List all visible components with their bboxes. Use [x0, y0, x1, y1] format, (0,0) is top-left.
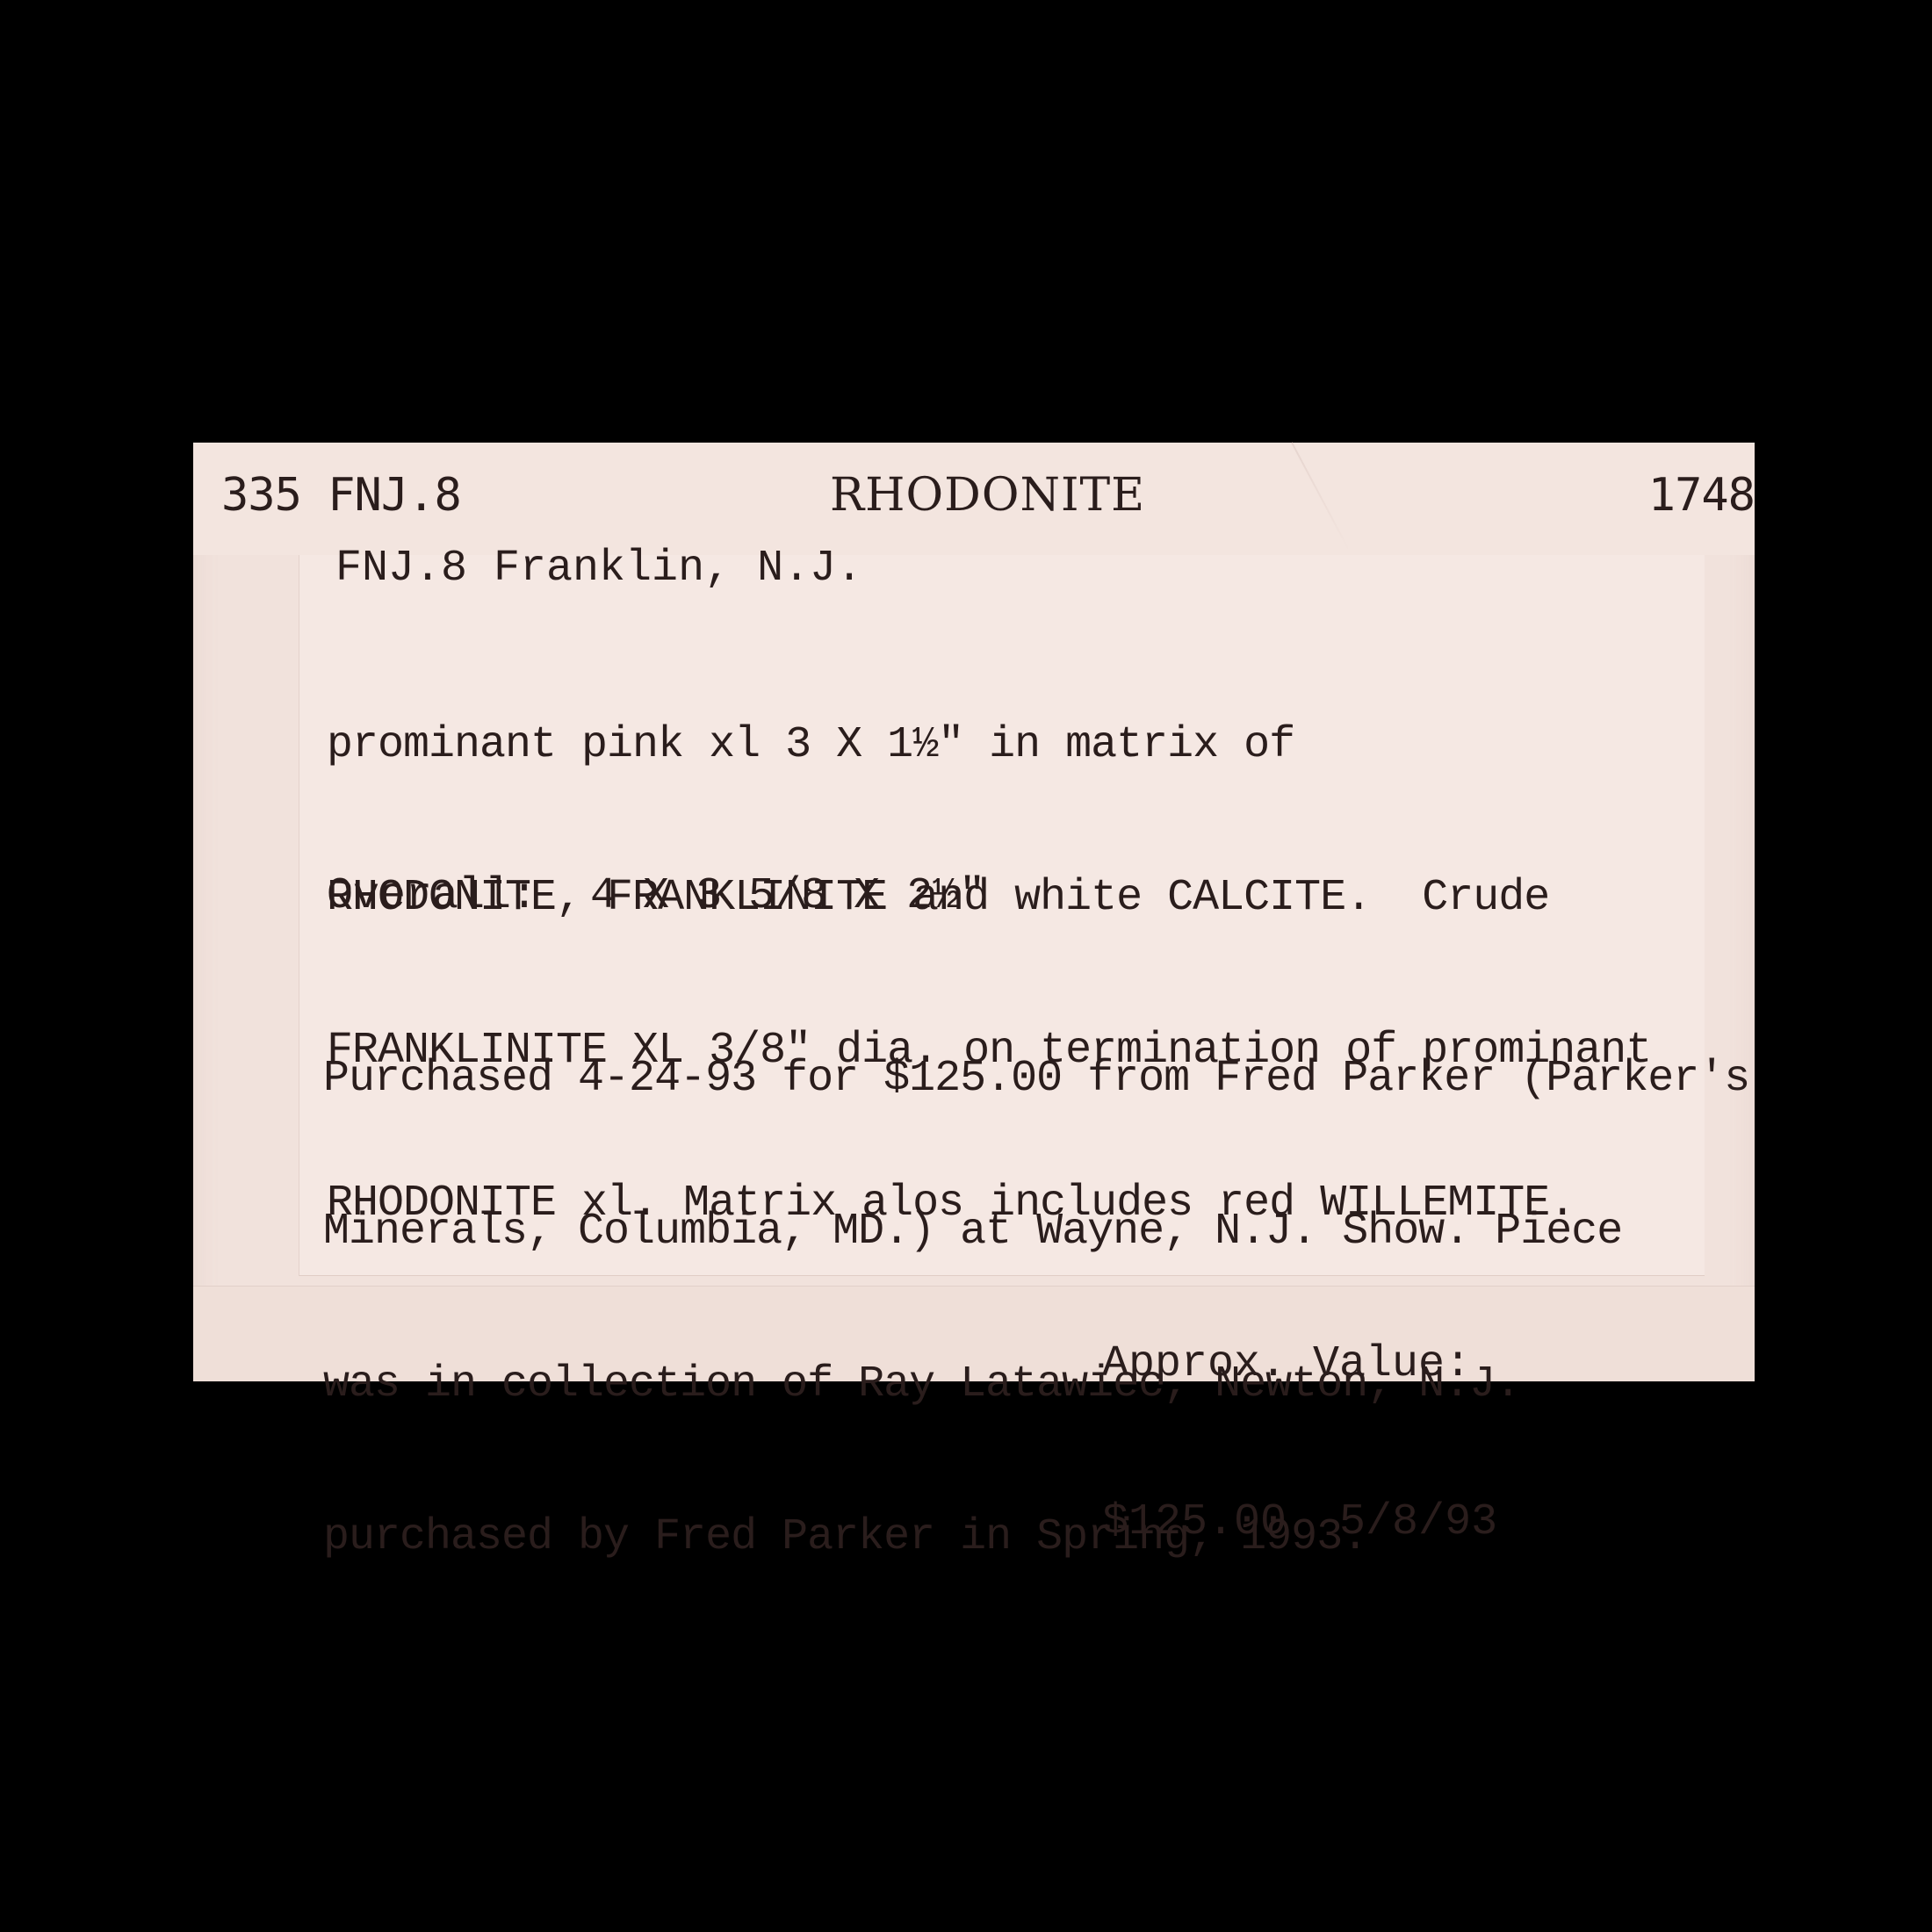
description-line: prominant pink xl 3 X 1½" in matrix of: [327, 720, 1651, 771]
provenance-line: Minerals, Columbia, MD.) at Wayne, N.J. …: [323, 1207, 1749, 1258]
specimen-number: 1748: [1648, 469, 1755, 522]
valuation: Approx. Value: $125.00 5/8/93: [1102, 1233, 1497, 1654]
locality: FNJ.8 Franklin, N.J.: [335, 544, 862, 594]
provenance-line: purchased by Fred Parker in Spring, 1993…: [323, 1512, 1749, 1563]
specimen-label-card: 335 FNJ.8 RHODONITE 1748 FNJ.8 Franklin,…: [193, 443, 1755, 1381]
valuation-label: Approx. Value:: [1102, 1338, 1497, 1391]
provenance: Purchased 4-24-93 for $125.00 from Fred …: [323, 952, 1749, 1665]
provenance-line: Purchased 4-24-93 for $125.00 from Fred …: [323, 1054, 1749, 1105]
mineral-name: RHODONITE: [830, 469, 1145, 522]
valuation-amount-date: $125.00 5/8/93: [1102, 1496, 1497, 1549]
catalog-code: 335 FNJ.8: [221, 469, 461, 522]
overall-size: Overall: 4 X 3 5/8 X 2½": [327, 871, 985, 921]
provenance-line: was in collection of Ray Latawiec, Newto…: [323, 1359, 1749, 1410]
